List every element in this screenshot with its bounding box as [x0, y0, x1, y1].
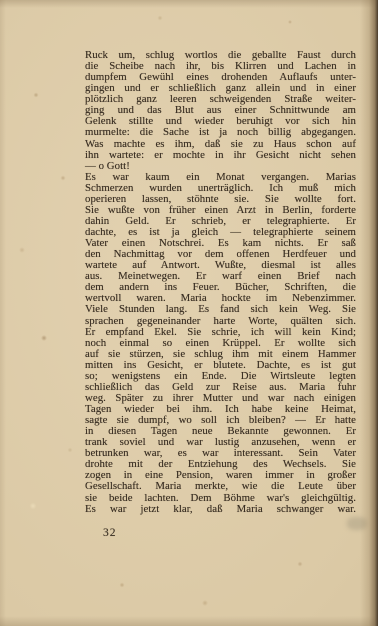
text-line: ihn wartete: er mochte in ihr Gesicht ni…	[85, 150, 356, 161]
text-line: sprachen gegeneinander harte Worte, quäl…	[85, 316, 356, 327]
text-line: Gesellschaft. Maria merkte, wie die Leut…	[85, 481, 356, 492]
text-line: Es war jetzt klar, daß Maria schwanger w…	[85, 504, 356, 515]
faint-stain	[347, 517, 367, 530]
page-edge-left-shadow	[0, 0, 6, 626]
text-line: Viele Stunden lang. Es fand sich kein We…	[85, 304, 356, 315]
page-edge-bottom-shadow	[0, 616, 378, 626]
text-line: Was machte es ihm, daß sie zu Haus schon…	[85, 139, 356, 150]
text-block: Ruck um, schlug wortlos die geballte Fau…	[85, 50, 356, 515]
page-number: 32	[103, 527, 117, 539]
text-line: murmelte: die Sache ist ja noch billig a…	[85, 127, 356, 138]
page-gutter-shadow	[360, 0, 378, 626]
page-edge-top-shadow	[0, 0, 378, 8]
text-line: Er empfand Ekel. Sie schrie, ich will ke…	[85, 327, 356, 338]
text-line: sie beide lachten. Dem Böhme war's gleic…	[85, 493, 356, 504]
book-page: Ruck um, schlug wortlos die geballte Fau…	[0, 0, 378, 626]
